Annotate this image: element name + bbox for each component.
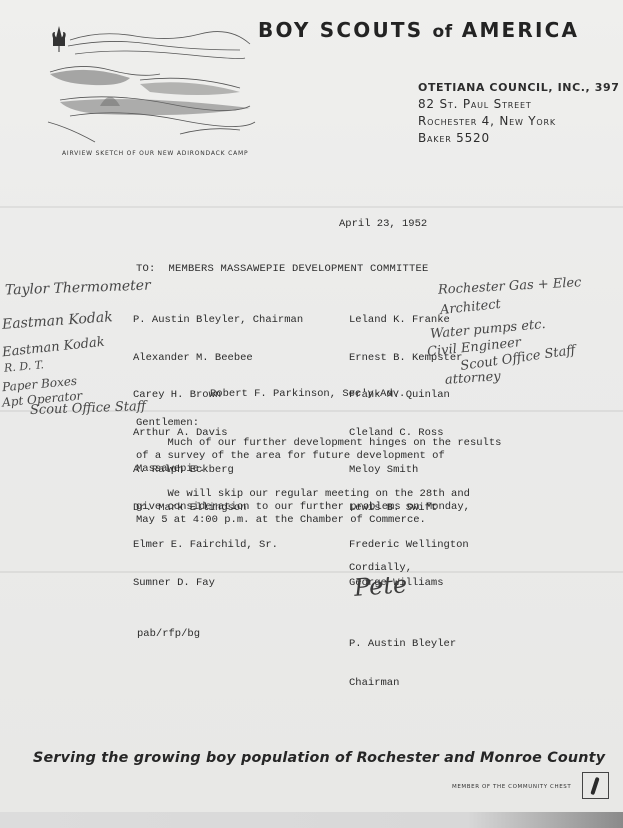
signer-name: P. Austin Bleyler [349, 638, 456, 651]
member-name: Elmer E. Fairchild, Sr. [133, 539, 303, 552]
organization-title-country: AMERICA [462, 18, 579, 42]
body-paragraph-2: We will skip our regular meeting on the … [136, 488, 470, 527]
handwritten-signature: Pete [353, 570, 408, 602]
scout-fleur-de-lis-icon [52, 26, 65, 52]
camp-aerial-sketch-icon [40, 22, 260, 144]
organization-title-main: BOY SCOUTS [258, 18, 423, 42]
community-chest-member-text: MEMBER OF THE COMMUNITY CHEST [452, 784, 571, 790]
community-chest-feather-icon [590, 777, 599, 795]
scan-edge [0, 812, 623, 828]
council-name: OTETIANA COUNCIL, INC., 397 [418, 79, 620, 96]
member-name: Sumner D. Fay [133, 577, 303, 590]
community-chest-logo [582, 772, 609, 799]
committee-secretary: Robert F. Parkinson, Sec'y-Adv. [210, 388, 405, 401]
council-address-block: OTETIANA COUNCIL, INC., 397 82 St. Paul … [418, 79, 620, 147]
letter-date: April 23, 1952 [339, 218, 427, 231]
handwritten-note: attorney [445, 369, 502, 388]
footer-slogan: Serving the growing boy population of Ro… [33, 750, 605, 766]
letter-page: AIRVIEW SKETCH OF OUR NEW ADIRONDACK CAM… [0, 0, 623, 818]
signer-title: Chairman [349, 677, 456, 690]
phone-exchange: Baker 5520 [418, 130, 620, 147]
signer-block: P. Austin Bleyler Chairman [349, 612, 456, 716]
sketch-caption: AIRVIEW SKETCH OF OUR NEW ADIRONDACK CAM… [62, 150, 248, 157]
address-city: Rochester 4, New York [418, 113, 620, 130]
organization-title: BOY SCOUTS of AMERICA [258, 18, 579, 42]
recipient-line: TO: MEMBERS MASSAWEPIE DEVELOPMENT COMMI… [136, 263, 429, 276]
handwritten-note: Rochester Gas + Elec [438, 275, 582, 297]
handwritten-note: R. D. T. [4, 358, 45, 374]
handwritten-note: Eastman Kodak [2, 309, 114, 333]
handwritten-note: Scout Office Staff [30, 399, 146, 418]
body-paragraph-1: Much of our further development hinges o… [136, 437, 501, 476]
handwritten-note: Eastman Kodak [1, 335, 105, 361]
address-street: 82 St. Paul Street [418, 96, 620, 113]
organization-title-of: of [433, 22, 453, 42]
paper-fold-line [0, 206, 623, 208]
paper-fold-line [0, 571, 623, 573]
handwritten-note: Taylor Thermometer [5, 277, 151, 298]
member-name: P. Austin Bleyler, Chairman [133, 314, 303, 327]
reference-initials: pab/rfp/bg [137, 628, 200, 641]
member-name: Alexander M. Beebee [133, 352, 303, 365]
member-name: Frederic Wellington [349, 539, 469, 552]
salutation: Gentlemen: [136, 417, 199, 430]
